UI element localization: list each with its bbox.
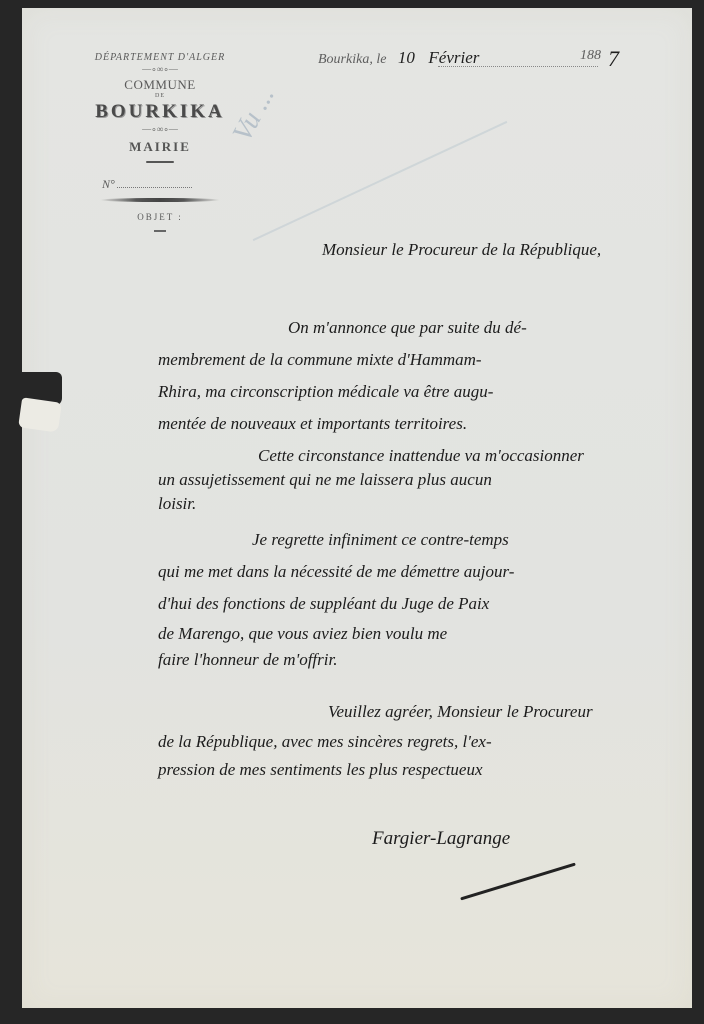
signature: Fargier-Lagrange: [372, 828, 510, 850]
dateline-day: 10: [398, 48, 415, 67]
text-line: qui me met dans la nécessité de me démet…: [158, 562, 514, 582]
dateline-year-prefix: 188: [580, 48, 601, 64]
dash-divider: [154, 230, 166, 232]
text-line: un assujetissement qui ne me laissera pl…: [158, 470, 492, 490]
ornament-divider: —∘∞∘—: [70, 63, 250, 75]
number-blank: [117, 187, 192, 188]
ornament-divider-2: —∘∞∘—: [70, 123, 250, 135]
swash-divider: [100, 198, 220, 202]
text-line: Rhira, ma circonscription médicale va êt…: [158, 382, 493, 402]
commune-label: COMMUNE: [70, 77, 250, 93]
text-line: loisir.: [158, 494, 196, 514]
text-line: membrement de la commune mixte d'Hammam-: [158, 350, 482, 370]
salutation: Monsieur le Procureur de la République,: [322, 240, 601, 260]
date-rule: [438, 66, 598, 67]
torn-bottom-edge: [22, 1008, 692, 1024]
text-line: pression de mes sentiments les plus resp…: [158, 760, 483, 780]
department-label: DÉPARTEMENT D'ALGER: [70, 52, 250, 63]
mairie-label: MAIRIE: [70, 139, 250, 155]
de-label: DE: [70, 93, 250, 99]
dateline-year-suffix: 7: [608, 46, 619, 72]
text-line: Veuillez agréer, Monsieur le Procureur: [328, 702, 593, 722]
text-line: d'hui des fonctions de suppléant du Juge…: [158, 594, 489, 614]
letterhead: DÉPARTEMENT D'ALGER —∘∞∘— COMMUNE DE BOU…: [70, 52, 250, 232]
dateline: Bourkika, le 10 Février 1887: [318, 48, 618, 68]
text-line: faire l'honneur de m'offrir.: [158, 650, 337, 670]
text-line: de Marengo, que vous aviez bien voulu me: [158, 624, 447, 644]
number-field: N°: [102, 177, 250, 192]
commune-name: BOURKIKA: [70, 101, 250, 123]
number-label: N°: [102, 177, 115, 191]
rule-divider: [146, 161, 174, 163]
paper-flap: [18, 397, 62, 432]
text-line: Je regrette infiniment ce contre-temps: [252, 530, 509, 550]
objet-label: OBJET :: [70, 212, 250, 222]
text-line: de la République, avec mes sincères regr…: [158, 732, 492, 752]
text-line: On m'annonce que par suite du dé-: [288, 318, 527, 338]
text-line: mentée de nouveaux et importants territo…: [158, 414, 467, 434]
dateline-place: Bourkika, le: [318, 52, 386, 67]
dateline-month: Février: [428, 48, 479, 67]
text-line: Cette circonstance inattendue va m'occas…: [258, 446, 584, 466]
